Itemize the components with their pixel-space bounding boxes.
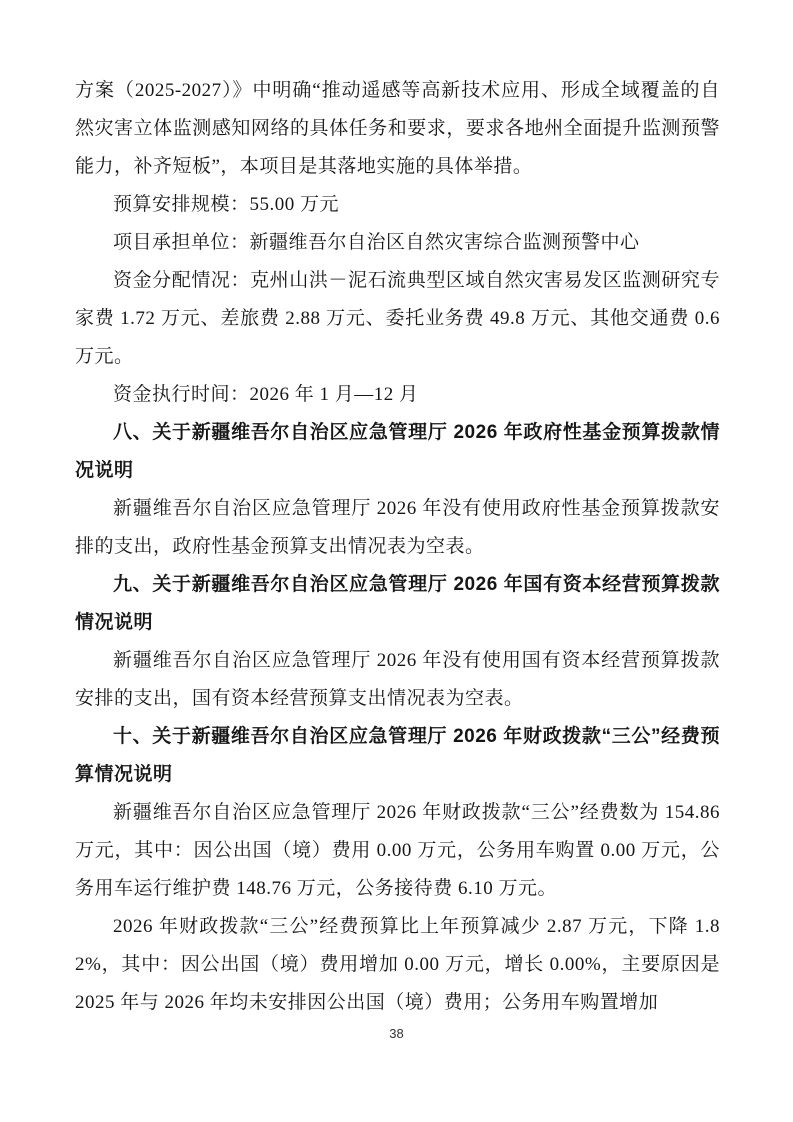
section-9-paragraph: 新疆维吾尔自治区应急管理厅 2026 年没有使用国有资本经营预算拨款安排的支出，… [75,642,720,718]
section-10-paragraph-1: 新疆维吾尔自治区应急管理厅 2026 年财政拨款“三公”经费数为 154.86 … [75,794,720,908]
section-heading-10: 十、关于新疆维吾尔自治区应急管理厅 2026 年财政拨款“三公”经费预算情况说明 [75,718,720,794]
fund-execution-time-line: 资金执行时间：2026 年 1 月—12 月 [75,376,720,414]
document-page: 方案（2025-2027）》中明确“推动遥感等高新技术应用、形成全域覆盖的自然灾… [0,0,793,1122]
budget-scale-line: 预算安排规模：55.00 万元 [75,186,720,224]
section-8-paragraph: 新疆维吾尔自治区应急管理厅 2026 年没有使用政府性基金预算拨款安排的支出，政… [75,490,720,566]
fund-allocation-paragraph: 资金分配情况：克州山洪－泥石流典型区域自然灾害易发区监测研究专家费 1.72 万… [75,262,720,376]
page-number: 38 [0,1026,793,1041]
paragraph-continuation: 方案（2025-2027）》中明确“推动遥感等高新技术应用、形成全域覆盖的自然灾… [75,72,720,186]
undertaking-unit-line: 项目承担单位：新疆维吾尔自治区自然灾害综合监测预警中心 [75,224,720,262]
section-heading-9: 九、关于新疆维吾尔自治区应急管理厅 2026 年国有资本经营预算拨款情况说明 [75,566,720,642]
section-10-paragraph-2: 2026 年财政拨款“三公”经费预算比上年预算减少 2.87 万元，下降 1.8… [75,908,720,1022]
section-heading-8: 八、关于新疆维吾尔自治区应急管理厅 2026 年政府性基金预算拨款情况说明 [75,414,720,490]
document-body: 方案（2025-2027）》中明确“推动遥感等高新技术应用、形成全域覆盖的自然灾… [75,72,720,1022]
